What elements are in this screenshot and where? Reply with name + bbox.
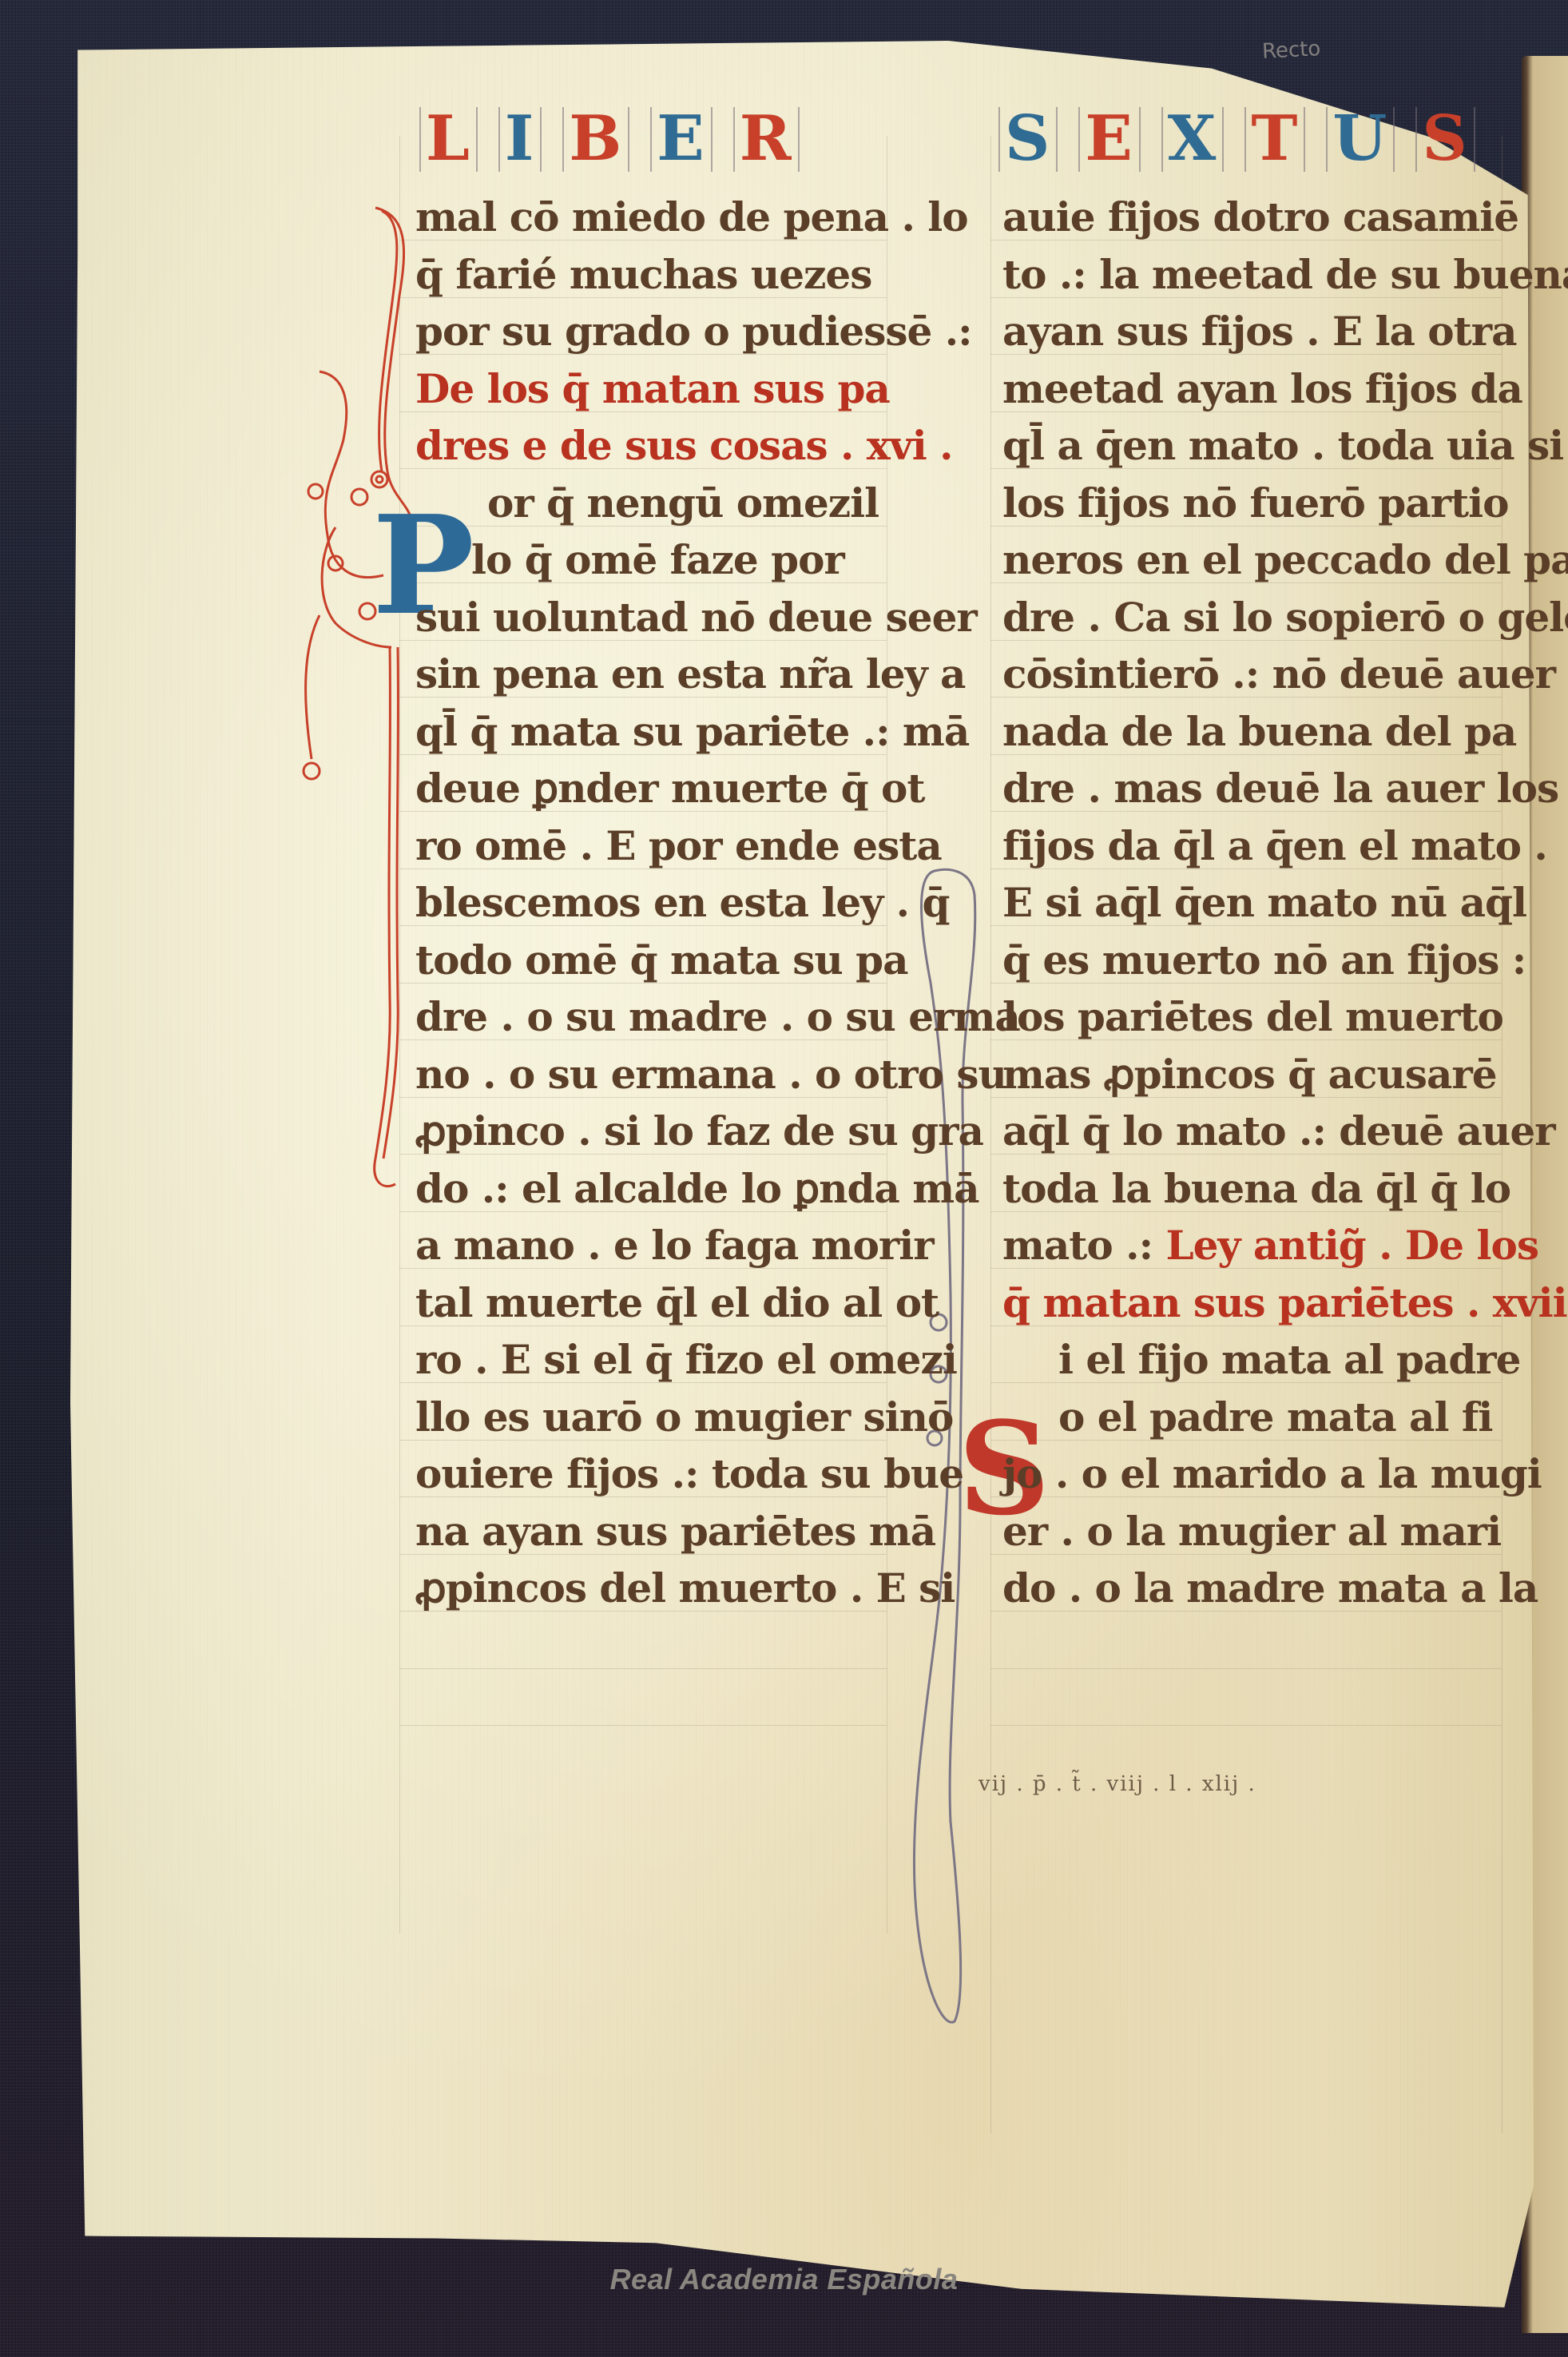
- head-letter: X: [1161, 102, 1225, 175]
- text-line: lo q̄ omē faze por: [415, 531, 887, 589]
- pencil-foliation-note: Recto: [1261, 37, 1321, 64]
- text-line: sin pena en esta nr̃a ley a: [415, 646, 887, 703]
- head-letter: E: [650, 102, 712, 175]
- text-line: ro omē . E por ende esta: [415, 817, 887, 875]
- rubric-fragment: Ley antig̃ . De los: [1165, 1222, 1538, 1269]
- rubric-line: q̄ matan sus pariētes . xvii .: [1002, 1274, 1498, 1332]
- text-line: mato .: Ley antig̃ . De los: [1002, 1217, 1498, 1274]
- text-line: E si aq̄l q̄en mato nū aq̄l: [1002, 874, 1498, 932]
- text-line: er . o la mugier al mari: [1002, 1503, 1498, 1560]
- rubric-line: De los q̄ matan sus pa: [415, 360, 887, 418]
- running-head-sextus: S E X T U S: [998, 102, 1475, 175]
- running-head-liber: L I B E R: [419, 102, 800, 175]
- text-line: meetad ayan los fijos da: [1002, 360, 1498, 418]
- text-line: llo es uarō o mugier sinō: [415, 1389, 887, 1446]
- text-line: los fijos nō fuerō partio: [1002, 475, 1498, 532]
- text-line: neros en el peccado del pa: [1002, 531, 1498, 589]
- text-line: aq̄l q̄ lo mato .: deuē auer: [1002, 1103, 1498, 1160]
- text-line: tal muerte q̄l el dio al ot: [415, 1274, 887, 1332]
- text-line: ꝓpincos del muerto . E si: [415, 1560, 887, 1617]
- text-line: q̄ es muerto nō an fijos :: [1002, 932, 1498, 989]
- text-line: ouiere fijos .: toda su bue: [415, 1445, 887, 1503]
- text-line: no . o su ermana . o otro su: [415, 1046, 887, 1103]
- head-letter: S: [998, 102, 1058, 175]
- marginal-citation: vij . p̄ . t̃ . viij . l . xlij .: [979, 1772, 1256, 1796]
- text-line: dre . mas deuē la auer los: [1002, 760, 1498, 817]
- text-line: fijos da q̄l a q̄en el mato .: [1002, 817, 1498, 875]
- text-line: los pariētes del muerto: [1002, 988, 1498, 1046]
- head-letter: R: [733, 102, 800, 175]
- text-fragment: mato .:: [1002, 1222, 1153, 1269]
- text-line: do . o la madre mata a la: [1002, 1560, 1498, 1617]
- text-line: deue ꝑnder muerte q̄ ot: [415, 760, 887, 817]
- text-line: mas ꝓpincos q̄ acusarē: [1002, 1046, 1498, 1103]
- head-letter: U: [1326, 102, 1395, 175]
- rubric-line: dres e de sus cosas . xvi .: [415, 417, 887, 475]
- text-line: sui uoluntad nō deue seer: [415, 589, 887, 646]
- text-line: por su grado o pudiessē .:: [415, 303, 887, 360]
- text-line: blescemos en esta ley . q̄: [415, 874, 887, 932]
- text-line: dre . Ca si lo sopierō o gelo: [1002, 589, 1498, 646]
- text-line: nada de la buena del pa: [1002, 703, 1498, 761]
- head-letter: S: [1415, 102, 1475, 175]
- head-letter: B: [562, 102, 629, 175]
- head-letter: E: [1078, 102, 1140, 175]
- text-line: auie fijos dotro casamiē: [1002, 189, 1498, 246]
- text-line: o el padre mata al fi: [1002, 1389, 1498, 1446]
- head-letter: I: [498, 102, 542, 175]
- text-line: jo . o el marido a la mugi: [1002, 1445, 1498, 1503]
- text-line: q̄ farié muchas uezes: [415, 246, 887, 304]
- text-line: toda la buena da q̄l q̄ lo: [1002, 1160, 1498, 1218]
- text-line: a mano . e lo faga morir: [415, 1217, 887, 1274]
- head-letter: T: [1244, 102, 1305, 175]
- watermark-real-academia: Real Academia Española: [0, 2263, 1568, 2296]
- text-column-left: mal cō miedo de pena . lo q̄ farié mucha…: [415, 189, 887, 1617]
- text-line: ql̄ a q̄en mato . toda uia si: [1002, 417, 1498, 475]
- text-line: ro . E si el q̄ fizo el omezi: [415, 1331, 887, 1389]
- text-line: dre . o su madre . o su erma: [415, 988, 887, 1046]
- text-column-right: auie fijos dotro casamiē to .: la meetad…: [1002, 189, 1498, 1617]
- text-line: todo omē q̄ mata su pa: [415, 932, 887, 989]
- text-line: na ayan sus pariētes mā: [415, 1503, 887, 1560]
- text-line: ayan sus fijos . E la otra: [1002, 303, 1498, 360]
- red-penwork-flourish: [288, 200, 431, 1198]
- text-line: do .: el alcalde lo ꝑnda mā: [415, 1160, 887, 1218]
- text-line: ql̄ q̄ mata su pariēte .: mā: [415, 703, 887, 761]
- text-line: or q̄ nengū omezil: [415, 475, 887, 532]
- head-letter: L: [419, 102, 478, 175]
- text-line: ꝓpinco . si lo faz de su gra: [415, 1103, 887, 1160]
- text-line: mal cō miedo de pena . lo: [415, 189, 887, 246]
- text-line: to .: la meetad de su buena: [1002, 246, 1498, 304]
- text-line: i el fijo mata al padre: [1002, 1331, 1498, 1389]
- text-line: cōsintierō .: nō deuē auer: [1002, 646, 1498, 703]
